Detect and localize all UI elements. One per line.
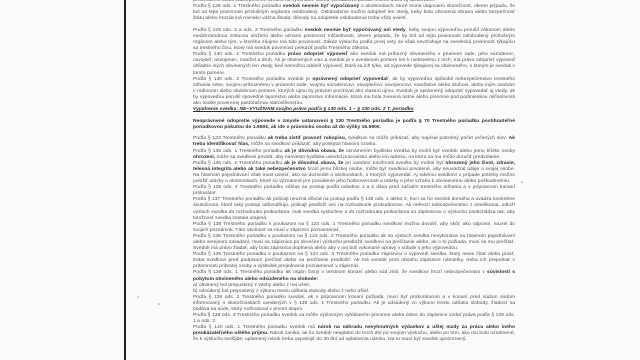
notice-vyjadrenie-svedka: Vyjadrenie svedka: NE–VYUŽÍVAM svojho pr… bbox=[193, 107, 515, 113]
para-137: Podľa § 137 Trestného poriadku ak polica… bbox=[193, 197, 515, 221]
para-138-s-124-ods-3: Podľa § 138 Trestného poriadku s poukazo… bbox=[193, 252, 515, 270]
para-133: Podľa § 133 Trestného poriadku ak treba … bbox=[193, 136, 515, 148]
para-129-ods-2-3: Podľa § 129 ods. 2 a ods. 3 Trestného po… bbox=[193, 28, 515, 52]
scanned-document-page: predvedenie alebo zabezpečenie svedka na… bbox=[0, 0, 640, 360]
para-138-s-124-ods-2: Podľa § 138 Trestného poriadku s poukazo… bbox=[193, 234, 515, 252]
page-fold-line bbox=[124, 0, 126, 360]
para-139-ods-3: Podľa § 139 ods. 3 Trestného poriadku sv… bbox=[193, 313, 515, 325]
para-136-ods-2: Podľa § 136 ods. 2 Trestného poriadku ak… bbox=[193, 161, 515, 185]
para-130-ods-2: Podľa § 130 ods. 2 Trestného poriadku sv… bbox=[193, 77, 515, 107]
para-poriadkova-pokuta: Neoprávnené odopretie výpovede v zmysle … bbox=[193, 119, 515, 131]
document-text: predvedenie alebo zabezpečenie svedka na… bbox=[193, 0, 515, 344]
scan-speck bbox=[137, 296, 139, 298]
para-139-ods-1: Podľa § 139 ods. 1 Trestného poriadku ak… bbox=[193, 270, 515, 282]
scan-speck bbox=[521, 181, 523, 183]
scan-speck bbox=[158, 303, 160, 305]
para-130-ods-1: Podľa § 130 ods. 1 Trestného poriadku pr… bbox=[193, 52, 515, 76]
para-136-ods-4: Podľa § 136 ods. 4 Trestného poriadku sú… bbox=[193, 185, 515, 197]
para-129-ods-1: Podľa § 129 ods. 1 Trestného poriadku sv… bbox=[193, 4, 515, 22]
para-139-ods-2: Podľa § 139 ods. 2 Trestného poriadku sv… bbox=[193, 295, 515, 313]
para-136-ods-1: Podľa § 136 ods. 1 Trestného poriadku ak… bbox=[193, 149, 515, 161]
para-138-s-123-ods-1: Podľa § 138 Trestného poriadku s poukazo… bbox=[193, 222, 515, 234]
para-140-ods-1: Podľa § 140 ods. 1 Trestného poriadku sv… bbox=[193, 325, 515, 343]
